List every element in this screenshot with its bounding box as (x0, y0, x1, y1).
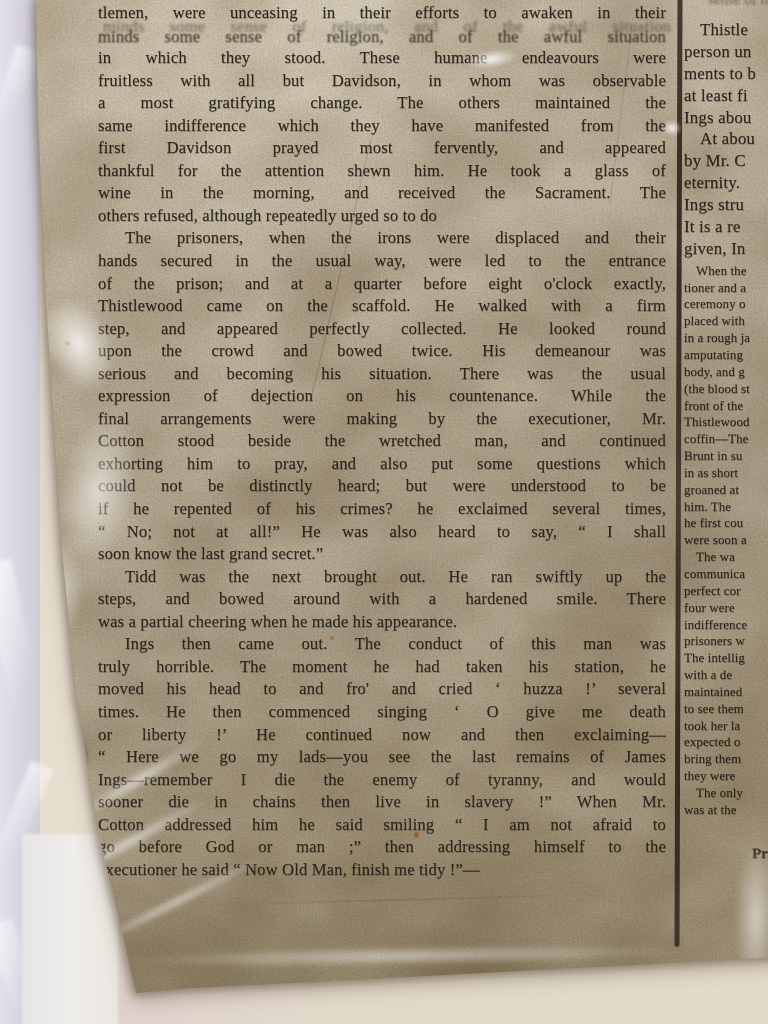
text-line: eternity. (684, 172, 768, 194)
text-line: times. He then commenced singing ‘ O giv… (98, 701, 666, 724)
text-line: in a rough ja (684, 330, 768, 347)
text-line: Cotton stood beside the wretched man, an… (98, 430, 666, 453)
text-line: “ Here we go my lads—you see the last re… (98, 746, 666, 769)
text-line: Thistlewood (684, 414, 768, 431)
text-line: given, In (684, 238, 768, 260)
text-line: Tidd was the next brought out. He ran sw… (98, 566, 666, 589)
text-line: coffin—The (684, 431, 768, 448)
text-line: expression of dejection on his countenan… (98, 385, 666, 408)
text-line: moved his head to and fro' and cried ‘ h… (98, 678, 666, 701)
ink-stain (56, 736, 90, 780)
text-line: soon know the last grand secret.” (98, 543, 666, 566)
text-line: placed with (684, 313, 768, 330)
text-line: hands secured in the usual way, were led… (98, 250, 666, 273)
photo-scene: tlemen, were unceasing in their efforts … (0, 0, 768, 1024)
text-line: to see them (684, 701, 768, 718)
text-line: truly horrible. The moment he had taken … (98, 656, 666, 679)
plastic-glare (734, 844, 768, 994)
imprint-fragment: Pr (752, 846, 768, 863)
text-line: wine in the morning, and received the Sa… (98, 182, 666, 205)
text-line: same indifference which they have manife… (98, 115, 666, 138)
text-line: took her la (684, 718, 768, 735)
text-line: him. The (684, 499, 768, 516)
text-line: ments to b (684, 63, 768, 85)
text-line: thankful for the attention shewn him. He… (98, 160, 666, 183)
text-line: if he repented of his crimes? he exclaim… (98, 498, 666, 521)
text-line: Ings—remember I die the enemy of tyranny… (98, 769, 666, 792)
text-line: The intellig (684, 650, 768, 667)
newspaper-page: tlemen, were unceasing in their efforts … (34, 0, 768, 1000)
text-line: four were (684, 600, 768, 617)
text-line: It is a re (684, 216, 768, 238)
text-line: When the (684, 263, 768, 280)
text-line: he first cou (684, 515, 768, 532)
rust-speck (65, 341, 70, 346)
text-line: “ No; not at all!” He was also heard to … (98, 521, 666, 544)
text-line: Ings abou (684, 107, 768, 129)
text-line: expected o (684, 734, 768, 751)
text-line: Brunt in su (684, 448, 768, 465)
right-column: sense of his Thistleperson unments to ba… (684, 0, 768, 819)
text-line: At abou (684, 128, 768, 150)
paper-wrap: tlemen, were unceasing in their efforts … (0, 0, 768, 1024)
text-line: exhorting him to pray, and also put some… (98, 453, 666, 476)
text-line: front of the (684, 398, 768, 415)
text-line: go before God or man ;” then addressing … (98, 836, 666, 859)
text-line: bring them (684, 751, 768, 768)
text-line: upon the crowd and bowed twice. His deme… (98, 340, 666, 363)
plastic-glare-streak (124, 941, 684, 971)
text-line: a most gratifying change. The others mai… (98, 92, 666, 115)
text-line: groaned at (684, 482, 768, 499)
text-line: Ings then came out. The conduct of this … (98, 633, 666, 656)
text-line: others refused, although repeatedly urge… (98, 205, 666, 228)
text-line: or liberty !’ He continued now and then … (98, 724, 666, 747)
text-line: by Mr. C (684, 150, 768, 172)
text-line: was at the (684, 802, 768, 819)
text-line: communica (684, 566, 768, 583)
text-line: Cotton addressed him he said smiling “ I… (98, 814, 666, 837)
text-line: they were (684, 768, 768, 785)
crease-line (184, 894, 604, 907)
text-line: step, and appeared perfectly collected. … (98, 318, 666, 341)
text-line: sooner die in chains then live in slaver… (98, 791, 666, 814)
right-column-large-lines: Thistleperson unments to bat least fiIng… (684, 19, 768, 260)
text-line: Ings stru (684, 194, 768, 216)
text-line: fruitless with all but Davidson, in whom… (98, 70, 666, 93)
text-line: The only (684, 785, 768, 802)
text-line: perfect cor (684, 583, 768, 600)
text-line: with a de (684, 667, 768, 684)
text-line: person un (684, 41, 768, 63)
text-line: steps, and bowed around with a hardened … (98, 588, 666, 611)
text-line: at least fi (684, 85, 768, 107)
text-line: in which they stood. These humane endeav… (98, 47, 666, 70)
text-line: first Davidson prayed most fervently, an… (98, 137, 666, 160)
text-line: tioner and a (684, 280, 768, 297)
text-line: indifference (684, 617, 768, 634)
text-line: minds some sense of religion, and of the… (98, 25, 666, 48)
text-line: could not be distinctly heard; but were … (98, 475, 666, 498)
text-line: final arrangements were making by the ex… (98, 408, 666, 431)
text-line: in as short (684, 465, 768, 482)
text-line: body, and g (684, 364, 768, 381)
text-line: were soon a (684, 532, 768, 549)
text-line: of the prison; and at a quarter before e… (98, 273, 666, 296)
text-line: The prisoners, when the irons were displ… (98, 227, 666, 250)
text-line: Thistle (684, 19, 768, 41)
text-line: ceremony o (684, 296, 768, 313)
text-line: prisoners w (684, 633, 768, 650)
plastic-glare (38, 542, 84, 638)
text-line: was a partial cheering when he made his … (98, 611, 666, 634)
left-column: tlemen, were unceasing in their efforts … (98, 2, 666, 881)
text-line: amputating (684, 347, 768, 364)
text-line: Thistlewood came on the scaffold. He wal… (98, 295, 666, 318)
text-line: executioner he said “ Now Old Man, finis… (98, 859, 666, 882)
right-column-top-fragment: sense of his (708, 0, 768, 9)
text-line: serious and becoming his situation. Ther… (98, 363, 666, 386)
text-line: maintained (684, 684, 768, 701)
text-line: (the blood st (684, 381, 768, 398)
right-column-small-lines: When thetioner and aceremony oplaced wit… (684, 263, 768, 819)
text-line: The wa (684, 549, 768, 566)
